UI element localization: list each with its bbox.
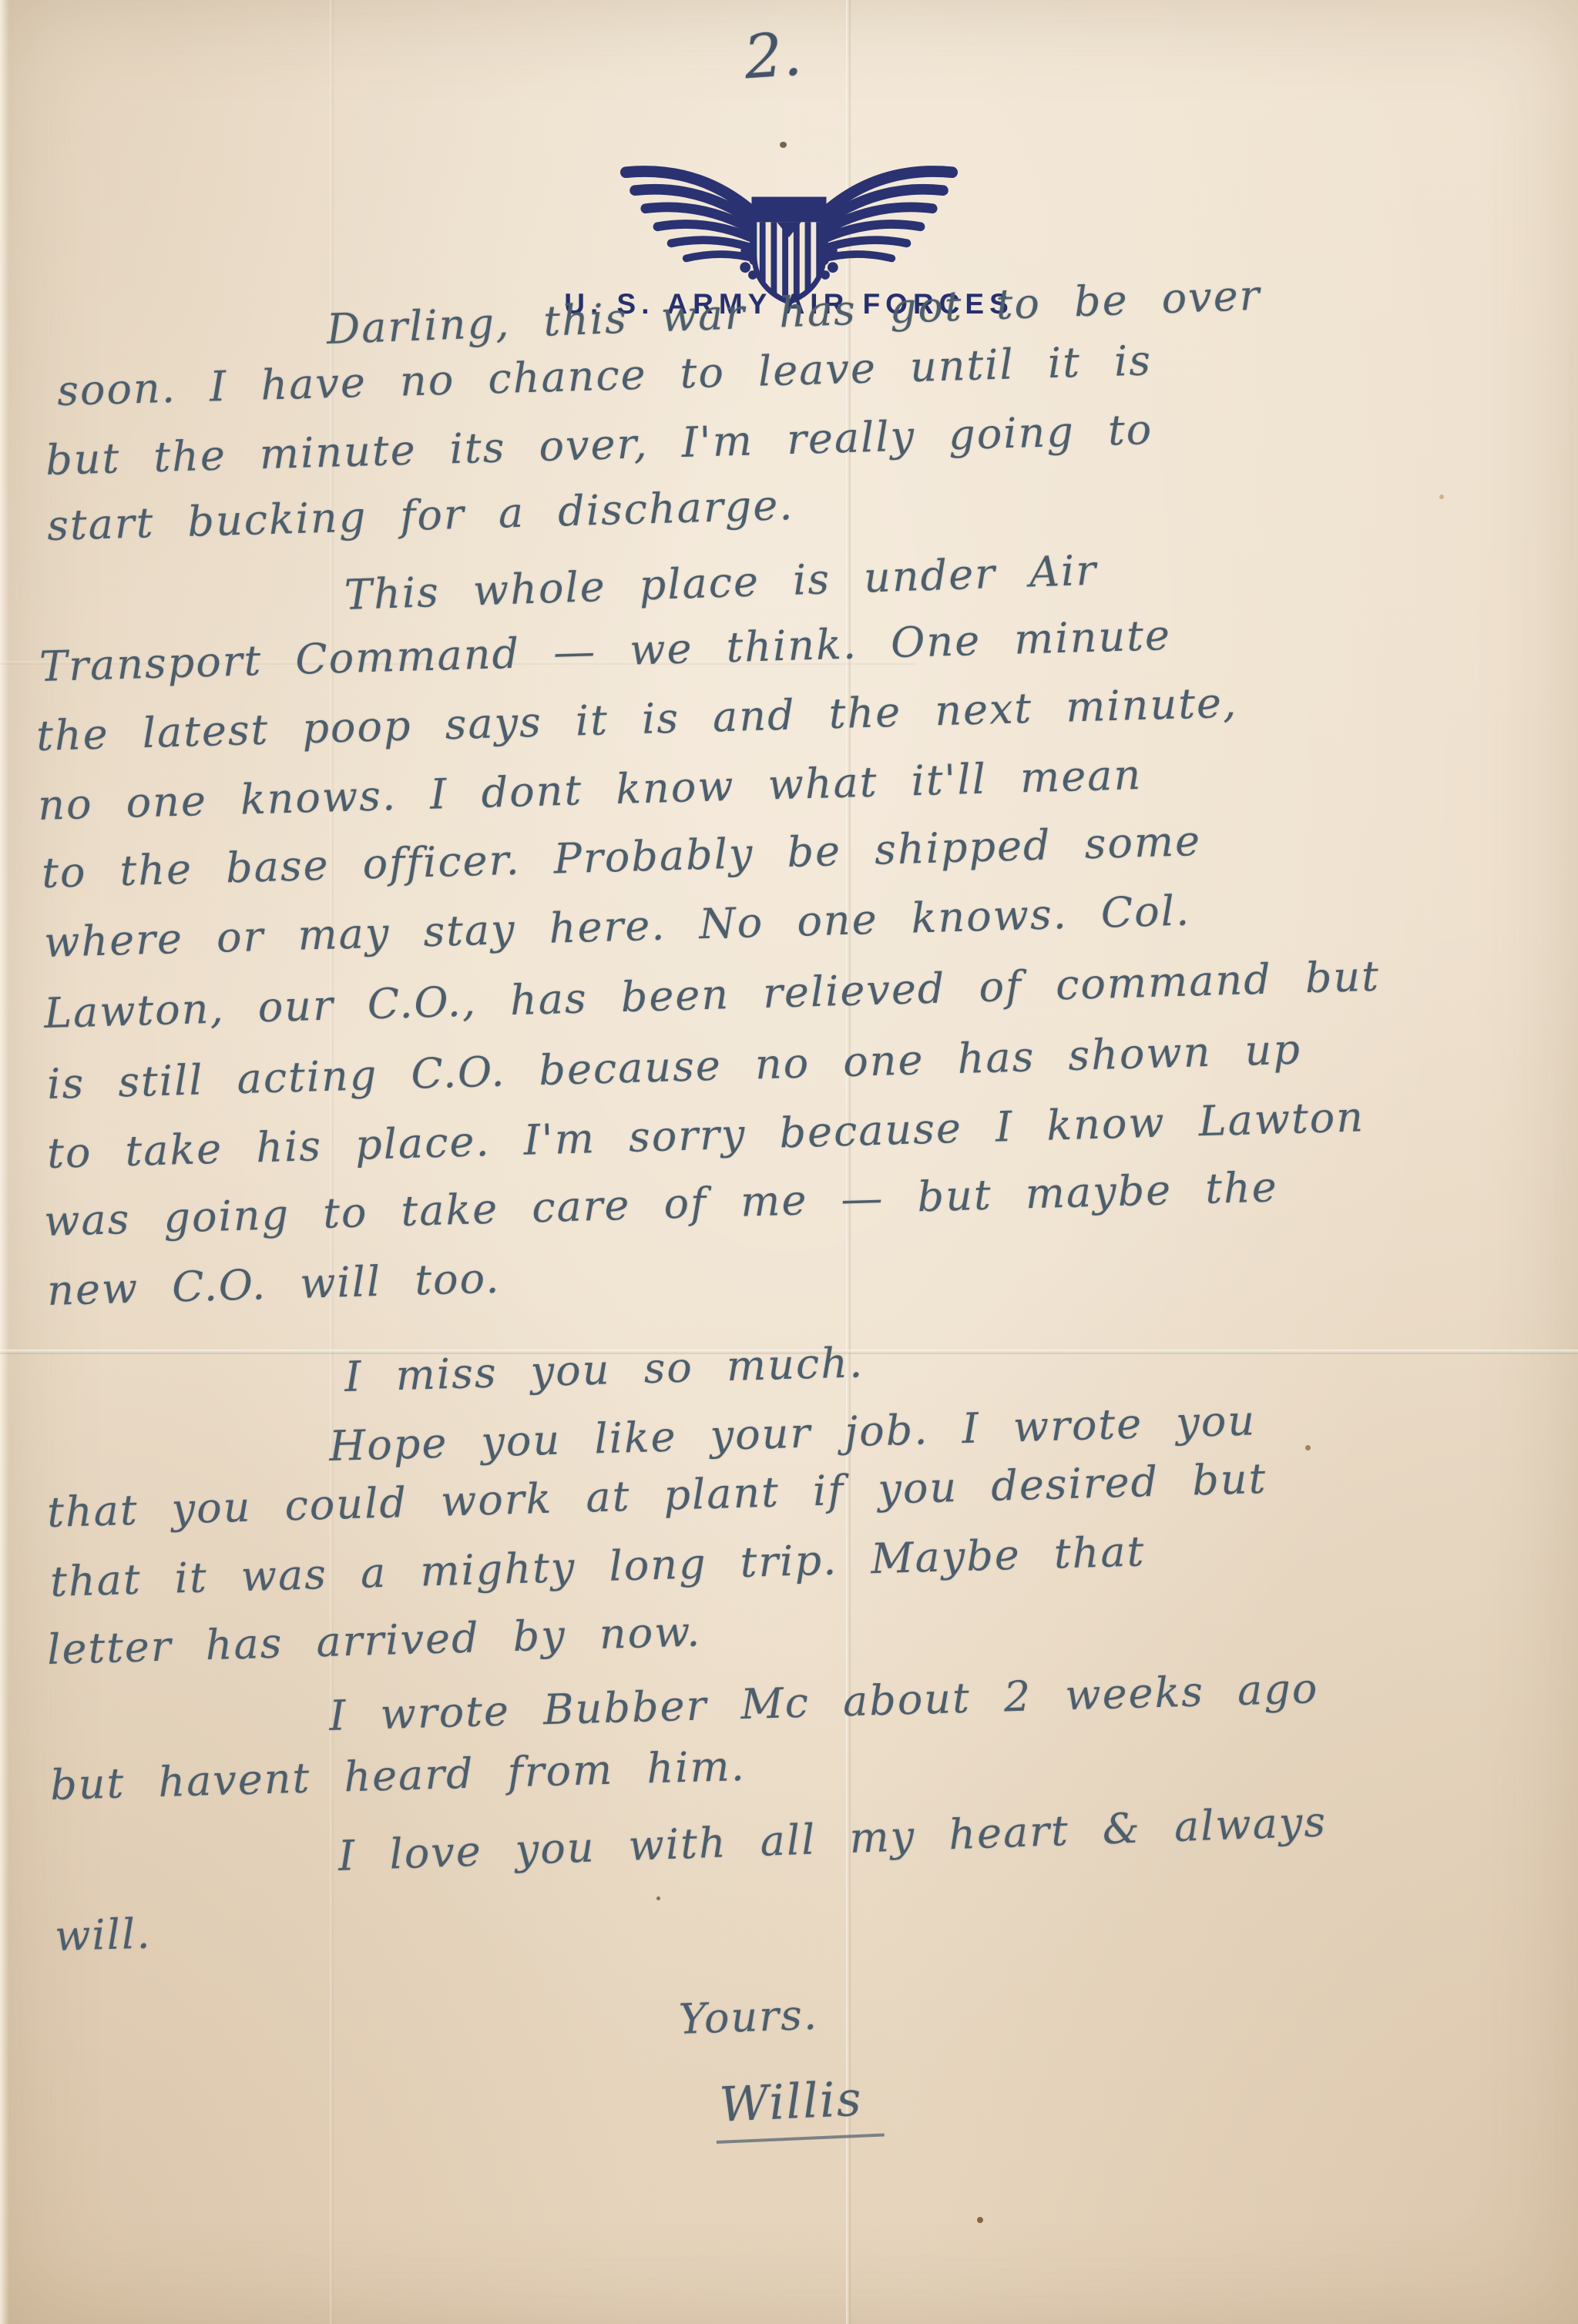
letter-line: will.	[54, 1913, 152, 1959]
letter-line: I love you with all my heart & always	[337, 1800, 1328, 1878]
closing-line: Yours.	[678, 1994, 819, 2042]
paper-speck	[1305, 1445, 1311, 1450]
letter-line: was going to take care of me — but maybe…	[43, 1165, 1278, 1243]
paper-speck	[780, 142, 787, 148]
letter-line: that it was a mighty long trip. Maybe th…	[49, 1530, 1146, 1604]
paper-speck	[977, 2217, 983, 2223]
letter-line: but havent heard from him.	[49, 1745, 746, 1808]
scan-edge-highlight	[0, 0, 9, 2324]
letter-line: no one knows. I dont know what it'll mea…	[37, 753, 1143, 828]
letter-line: letter has arrived by now.	[46, 1610, 701, 1672]
letter-page: 2.	[0, 0, 1578, 2324]
letter-line: but the minute its over, I'm really goin…	[45, 408, 1153, 483]
letter-line: start bucking for a discharge.	[46, 484, 794, 548]
letter-line: where or may stay here. No one knows. Co…	[43, 889, 1190, 964]
page-number: 2.	[742, 24, 804, 88]
letter-line: This whole place is under Air	[344, 549, 1098, 618]
letter-line: new C.O. will too.	[46, 1257, 501, 1313]
paper-speck	[656, 1896, 660, 1900]
letter-line: Lawton, our C.O., has been relieved of c…	[43, 955, 1380, 1036]
letter-line: that you could work at plant if you desi…	[46, 1457, 1267, 1535]
letter-line: the latest poop says it is and the next …	[35, 681, 1237, 758]
paper-speck	[1439, 495, 1444, 499]
letter-line: Transport Command — we think. One minute	[39, 614, 1171, 689]
letter-line: to take his place. I'm sorry because I k…	[46, 1095, 1365, 1175]
letter-line: to the base officer. Probably be shipped…	[41, 820, 1201, 896]
signature: Willis	[713, 2073, 884, 2145]
letter-line: I wrote Bubber Mc about 2 weeks ago	[328, 1667, 1319, 1739]
letter-line: is still acting C.O. because no one has …	[46, 1028, 1301, 1107]
letter-line: I miss you so much.	[344, 1341, 864, 1399]
letter-line: soon. I have no chance to leave until it…	[56, 339, 1152, 413]
